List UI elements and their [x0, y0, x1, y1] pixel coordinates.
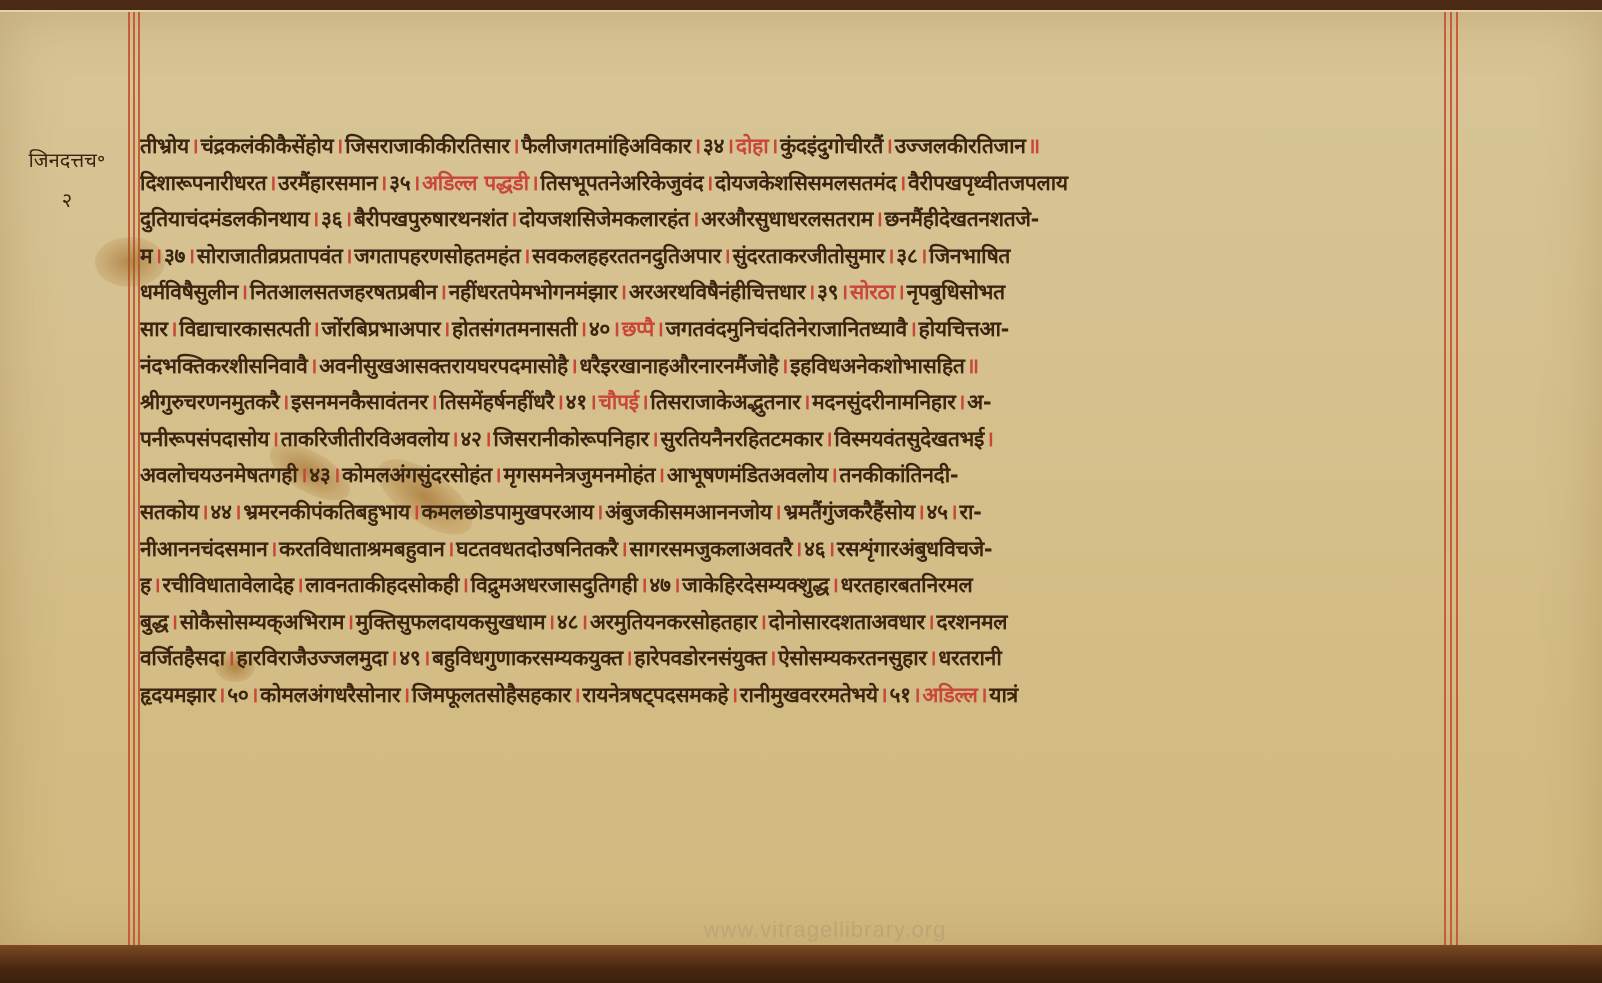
manuscript-line: सतकोय।४४।भ्रमरनकीपंकतिबहुभाय।कमलछोडपामुख… — [140, 494, 1440, 531]
danda-mark: । — [444, 537, 456, 561]
verse-text: मुक्तिसुफलदायकसुखधाम — [356, 610, 545, 634]
verse-text: धरतहारबतनिरमल — [841, 573, 973, 597]
danda-mark: । — [185, 244, 197, 268]
danda-mark: । — [269, 427, 281, 451]
danda-mark: । — [927, 646, 939, 670]
danda-mark: । — [168, 610, 180, 634]
danda-mark: । — [948, 500, 960, 524]
manuscript-line: ह।रचीविधातावेलादेह।लावनताकीहदसोकही।विद्र… — [140, 567, 1440, 604]
verse-text: दोनोसारदशताअवधार — [769, 610, 925, 634]
danda-mark: । — [298, 463, 310, 487]
verse-text: अ- — [967, 390, 991, 414]
danda-mark: । — [829, 573, 841, 597]
danda-mark: । — [266, 171, 278, 195]
danda-mark: । — [577, 317, 589, 341]
danda-mark: । — [216, 683, 228, 707]
danda-mark: । — [917, 244, 929, 268]
verse-text: ३५ — [389, 171, 410, 195]
verse-text: धरैइरखानाहऔरनारनमैंजोहै — [580, 354, 779, 378]
verse-text: करतविधाताश्रमबहुवान — [279, 537, 444, 561]
verse-text: अंबुजकीसमआननजोय — [605, 500, 772, 524]
danda-mark: । — [507, 207, 519, 231]
manuscript-line: बुद्ध।सोकैसोसम्यक्अभिराम।मुक्तिसुफलदायकस… — [140, 604, 1440, 641]
danda-mark: । — [268, 537, 280, 561]
danda-mark: । — [449, 427, 461, 451]
verse-text: होयचित्तआ- — [919, 317, 1009, 341]
danda-mark: । — [925, 610, 937, 634]
verse-text: जिनभाषित — [929, 244, 1010, 268]
danda-mark: । — [907, 317, 919, 341]
verse-text: लावनताकीहदसोकही — [305, 573, 459, 597]
verse-text: फैलीजगतमांहिअविकार — [521, 134, 691, 158]
verse-text: नृपबुधिसोभत — [907, 280, 1005, 304]
danda-mark: । — [400, 683, 412, 707]
danda-mark: । — [623, 646, 635, 670]
danda-mark: ॥ — [965, 354, 981, 378]
rubric-heading: सोरठा — [850, 280, 895, 304]
danda-mark: । — [410, 500, 422, 524]
danda-mark: । — [309, 207, 321, 231]
manuscript-line: पनीरूपसंपदासोय।ताकरिजीतीरविअवलोय।४२।जिसर… — [140, 421, 1440, 458]
manuscript-line: नीआननचंदसमान।करतविधाताश्रमबहुवान।घटतवधतद… — [140, 531, 1440, 568]
danda-mark: । — [800, 390, 812, 414]
danda-mark: । — [649, 427, 661, 451]
danda-mark: । — [342, 207, 354, 231]
verse-text: हृदयमझार — [140, 683, 216, 707]
verse-text: वैरीपखपृथ्वीतजपलाय — [908, 171, 1068, 195]
manuscript-page: जिनदत्तच॰ २ तीभ्रोय।चंद्रकलंकीकैसेंहोय।ज… — [0, 10, 1602, 952]
danda-mark: । — [279, 390, 291, 414]
danda-mark: । — [344, 610, 356, 634]
verse-text: उज्जलकीरतिजान — [895, 134, 1026, 158]
danda-mark: । — [823, 427, 835, 451]
danda-mark: । — [440, 317, 452, 341]
danda-mark: । — [825, 537, 837, 561]
rubric-heading: छप्पै — [622, 317, 654, 341]
verse-text: ताकरिजीतीरविअवलोय — [281, 427, 449, 451]
verse-text: अवलोचयउनमेषतगही — [140, 463, 298, 487]
verse-text: जिसराजाकीकीरतिसार — [345, 134, 510, 158]
verse-text: छनमैंहीदेखतनशतजे- — [885, 207, 1039, 231]
danda-mark: । — [757, 610, 769, 634]
verse-text: जिसरानीकोरूपनिहार — [493, 427, 648, 451]
danda-mark: । — [915, 500, 927, 524]
verse-text: कुंदइंदुगोचीरतैं — [780, 134, 883, 158]
verse-text: हारविराजैउज्जलमुदा — [236, 646, 387, 670]
verse-text: हारेपवडोरनसंयुक्त — [634, 646, 766, 670]
verse-text: ३४ — [703, 134, 724, 158]
danda-mark: । — [828, 463, 840, 487]
danda-mark: । — [956, 390, 968, 414]
danda-mark: । — [238, 280, 250, 304]
rubric-heading: चौपई — [599, 390, 639, 414]
verse-text: जगतवंदमुनिचंदतिनेराजानितध्यावै — [666, 317, 907, 341]
verse-text: ४७ — [649, 573, 670, 597]
danda-mark: । — [152, 244, 164, 268]
verse-text: तीभ्रोय — [140, 134, 189, 158]
danda-mark: । — [594, 500, 606, 524]
danda-mark: । — [248, 683, 260, 707]
danda-mark: । — [639, 390, 651, 414]
verse-text: दोयजकेशसिसमलसतमंद — [715, 171, 896, 195]
verse-text: बहुविधगुणाकरसम्यकयुक्त — [432, 646, 623, 670]
verse-text: रानीमुखवररमतेभये — [740, 683, 878, 707]
verse-text: ४१ — [566, 390, 587, 414]
danda-mark: । — [838, 280, 850, 304]
danda-mark: । — [232, 500, 244, 524]
manuscript-line: म।३७।सोराजातीव्रप्रतापवंत।जगतापहरणसोहतमह… — [140, 238, 1440, 275]
verse-text: नितआलसतजहरषतप्रबीन — [250, 280, 437, 304]
verse-text: सागरसमजुकलाअवतरै — [629, 537, 792, 561]
verse-text: नीआननचंदसमान — [140, 537, 268, 561]
danda-mark: । — [766, 646, 778, 670]
danda-mark: ॥ — [1026, 134, 1042, 158]
verse-text: धर्मविषैसुलीन — [140, 280, 238, 304]
danda-mark: । — [421, 646, 433, 670]
verse-text: ४३ — [309, 463, 330, 487]
verse-text: भ्रमरनकीपंकतिबहुभाय — [243, 500, 410, 524]
verse-text: ह — [140, 573, 151, 597]
danda-mark: । — [377, 171, 389, 195]
verse-text: रचीविधातावेलादेह — [163, 573, 294, 597]
danda-mark: । — [168, 317, 180, 341]
danda-mark: । — [388, 646, 400, 670]
left-margin-rule — [128, 12, 130, 952]
danda-mark: । — [618, 537, 630, 561]
danda-mark: । — [805, 280, 817, 304]
verse-text: जाकेहिरदेसम्यक्शुद्ध — [682, 573, 829, 597]
verse-text: ४२ — [460, 427, 481, 451]
margin-title: जिनदत्तच॰ — [8, 140, 126, 180]
background-surface — [0, 945, 1602, 983]
verse-text: जगतापहरणसोहतमहंत — [354, 244, 520, 268]
danda-mark: । — [492, 463, 504, 487]
danda-mark: । — [294, 573, 306, 597]
danda-mark: । — [772, 500, 784, 524]
danda-mark: । — [724, 134, 736, 158]
danda-mark: । — [721, 244, 733, 268]
verse-text: अवनीसुखआसक्तरायघरपदमासोहै — [319, 354, 568, 378]
verse-text: ऐसोसम्यकरतनसुहार — [778, 646, 927, 670]
danda-mark: । — [189, 134, 201, 158]
manuscript-line: हृदयमझार।५०।कोमलअंगधरैसोनार।जिमफूलतसोहैस… — [140, 677, 1440, 714]
verse-text: दिशारूपनारीधरत — [140, 171, 266, 195]
verse-text: धरतरानी — [938, 646, 1001, 670]
verse-text: बुद्ध — [140, 610, 168, 634]
watermark: www.vitragellibrary.org — [625, 917, 1025, 943]
right-margin-rule — [1456, 12, 1458, 952]
verse-text: ४६ — [804, 537, 825, 561]
verse-text: दरशनमल — [936, 610, 1007, 634]
verse-text: ३७ — [164, 244, 185, 268]
verse-text: कोमलअंगधरैसोनार — [260, 683, 400, 707]
left-margin-rule — [133, 12, 135, 952]
verse-text: तनकीकांतिनदी- — [840, 463, 959, 487]
verse-text: चंद्रकलंकीकैसेंहोय — [201, 134, 334, 158]
manuscript-line: सार।विद्याचारकासत्पती।जोंरबिप्रभाअपार।हो… — [140, 311, 1440, 348]
danda-mark: । — [343, 244, 355, 268]
rubric-heading: दोहा — [736, 134, 769, 158]
verse-text: आभूषणमंडितअवलोय — [667, 463, 828, 487]
danda-mark: । — [883, 134, 895, 158]
danda-mark: । — [482, 427, 494, 451]
verse-text: उरमैंहारसमान — [278, 171, 377, 195]
manuscript-line: नंदभक्तिकरशीसनिवावै।अवनीसुखआसक्तरायघरपदम… — [140, 348, 1440, 385]
danda-mark: । — [703, 171, 715, 195]
verse-text: घटतवधतदोउषनितकरै — [456, 537, 618, 561]
danda-mark: । — [691, 134, 703, 158]
danda-mark: । — [689, 207, 701, 231]
danda-mark: । — [911, 683, 923, 707]
right-margin-rule — [1450, 12, 1452, 952]
manuscript-line: दुतियाचंदमंडलकीनथाय।३६।बैरीपखपुरुषारथनशं… — [140, 201, 1440, 238]
verse-text: होतसंगतमनासती — [452, 317, 577, 341]
danda-mark: । — [151, 573, 163, 597]
verse-text: अरअरथविषैनंहीचित्तधार — [629, 280, 806, 304]
verse-text: अरऔरसुधाधरलसतराम — [701, 207, 873, 231]
verse-text: ४८ — [557, 610, 578, 634]
verse-text: सोकैसोसम्यक्अभिराम — [180, 610, 344, 634]
danda-mark: । — [520, 244, 532, 268]
verse-text: ५१ — [889, 683, 910, 707]
verse-text: नंदभक्तिकरशीसनिवावै — [140, 354, 307, 378]
verse-text: पनीरूपसंपदासोय — [140, 427, 269, 451]
danda-mark: । — [225, 646, 237, 670]
verse-text: सुरतियनैनरहितटमकार — [660, 427, 822, 451]
verse-text: विस्मयवंतसुदेखतभई — [834, 427, 984, 451]
verse-text: विद्रुमअधरजासदुतिगही — [471, 573, 638, 597]
danda-mark: । — [545, 610, 557, 634]
verse-text: तिसभूपतनेअरिकेजुवंद — [540, 171, 703, 195]
danda-mark: । — [885, 244, 897, 268]
danda-mark: । — [571, 683, 583, 707]
manuscript-line: वर्जितहैसदा।हारविराजैउज्जलमुदा।४९।बहुविध… — [140, 640, 1440, 677]
manuscript-line: अवलोचयउनमेषतगही।४३।कोमलअंगसुंदरसोहंत।मृग… — [140, 457, 1440, 494]
danda-mark: । — [587, 390, 599, 414]
verse-text: दुतियाचंदमंडलकीनथाय — [140, 207, 309, 231]
danda-mark: । — [428, 390, 440, 414]
verse-text: तिसराजाकेअद्भुतनार — [650, 390, 800, 414]
verse-text: जोंरबिप्रभाअपार — [322, 317, 441, 341]
danda-mark: । — [529, 171, 541, 195]
verse-text: वर्जितहैसदा — [140, 646, 225, 670]
danda-mark: । — [768, 134, 780, 158]
danda-mark: । — [638, 573, 650, 597]
verse-text: बैरीपखपुरुषारथनशंत — [354, 207, 508, 231]
danda-mark: । — [873, 207, 885, 231]
danda-mark: । — [671, 573, 683, 597]
manuscript-line: श्रीगुरुचरणनमुतकरै।इसनमनकैसावंतनर।तिसमें… — [140, 384, 1440, 421]
rubric-heading: अडिल्ल — [922, 683, 977, 707]
verse-text: मदनसुंदरीनामनिहार — [812, 390, 955, 414]
verse-text: जिमफूलतसोहैसहकार — [412, 683, 571, 707]
danda-mark: । — [310, 317, 322, 341]
danda-mark: । — [655, 463, 667, 487]
verse-text: इसनमनकैसावंतनर — [291, 390, 428, 414]
danda-mark: । — [199, 500, 211, 524]
manuscript-text: तीभ्रोय।चंद्रकलंकीकैसेंहोय।जिसराजाकीकीरत… — [140, 128, 1440, 714]
margin-label: जिनदत्तच॰ २ — [8, 140, 126, 220]
danda-mark: । — [978, 683, 990, 707]
verse-text: सतकोय — [140, 500, 199, 524]
danda-mark: । — [984, 427, 996, 451]
danda-mark: । — [896, 171, 908, 195]
verse-text: विद्याचारकासत्पती — [179, 317, 310, 341]
verse-text: ३८ — [896, 244, 917, 268]
danda-mark: । — [778, 354, 790, 378]
verse-text: यात्रं — [989, 683, 1018, 707]
danda-mark: । — [654, 317, 666, 341]
danda-mark: । — [792, 537, 804, 561]
danda-mark: । — [330, 463, 342, 487]
danda-mark: । — [307, 354, 319, 378]
verse-text: रसशृंगारअंबुधविचजे- — [837, 537, 992, 561]
manuscript-line: धर्मविषैसुलीन।नितआलसतजहरषतप्रबीन।नहींधरत… — [140, 274, 1440, 311]
danda-mark: । — [610, 317, 622, 341]
danda-mark: । — [728, 683, 740, 707]
danda-mark: । — [554, 390, 566, 414]
verse-text: कोमलअंगसुंदरसोहंत — [342, 463, 492, 487]
rubric-heading: अडिल्ल पद्धडी — [422, 171, 529, 195]
verse-text: अरमुतियनकरसोहतहार — [590, 610, 757, 634]
danda-mark: । — [410, 171, 422, 195]
danda-mark: । — [878, 683, 890, 707]
verse-text: तिसमेंहर्षनहींधरै — [439, 390, 554, 414]
danda-mark: । — [617, 280, 629, 304]
verse-text: रा- — [959, 500, 981, 524]
verse-text: ४५ — [927, 500, 948, 524]
verse-text: ५० — [227, 683, 248, 707]
danda-mark: । — [333, 134, 345, 158]
verse-text: दोयजशसिजेमकलारहंत — [519, 207, 689, 231]
verse-text: सवकलहहरततनदुतिअपार — [532, 244, 721, 268]
verse-text: सुंदरताकरजीतोसुमार — [733, 244, 885, 268]
verse-text: कमलछोडपामुखपरआय — [422, 500, 594, 524]
verse-text: नहींधरतपेमभोगनमंझार — [449, 280, 617, 304]
verse-text: इहविधअनेकशोभासहित — [790, 354, 964, 378]
danda-mark: । — [895, 280, 907, 304]
verse-text: श्रीगुरुचरणनमुतकरै — [140, 390, 279, 414]
verse-text: रायनेत्रषट्पदसमकहे — [583, 683, 729, 707]
verse-text: सार — [140, 317, 168, 341]
danda-mark: । — [510, 134, 522, 158]
right-margin-rule — [1444, 12, 1446, 952]
verse-text: ४० — [589, 317, 610, 341]
verse-text: म — [140, 244, 152, 268]
danda-mark: । — [459, 573, 471, 597]
danda-mark: । — [568, 354, 580, 378]
verse-text: ४९ — [399, 646, 420, 670]
verse-text: ३६ — [321, 207, 342, 231]
verse-text: मृगसमनेत्रजुमनमोहंत — [503, 463, 655, 487]
verse-text: ३९ — [817, 280, 838, 304]
danda-mark: । — [437, 280, 449, 304]
folio-number: २ — [8, 180, 126, 220]
danda-mark: । — [578, 610, 590, 634]
manuscript-line: तीभ्रोय।चंद्रकलंकीकैसेंहोय।जिसराजाकीकीरत… — [140, 128, 1440, 165]
manuscript-line: दिशारूपनारीधरत।उरमैंहारसमान।३५।अडिल्ल पद… — [140, 165, 1440, 202]
verse-text: ४४ — [210, 500, 231, 524]
verse-text: भ्रमतैंगुंजकरैहैंसोय — [783, 500, 914, 524]
verse-text: सोराजातीव्रप्रतापवंत — [197, 244, 343, 268]
